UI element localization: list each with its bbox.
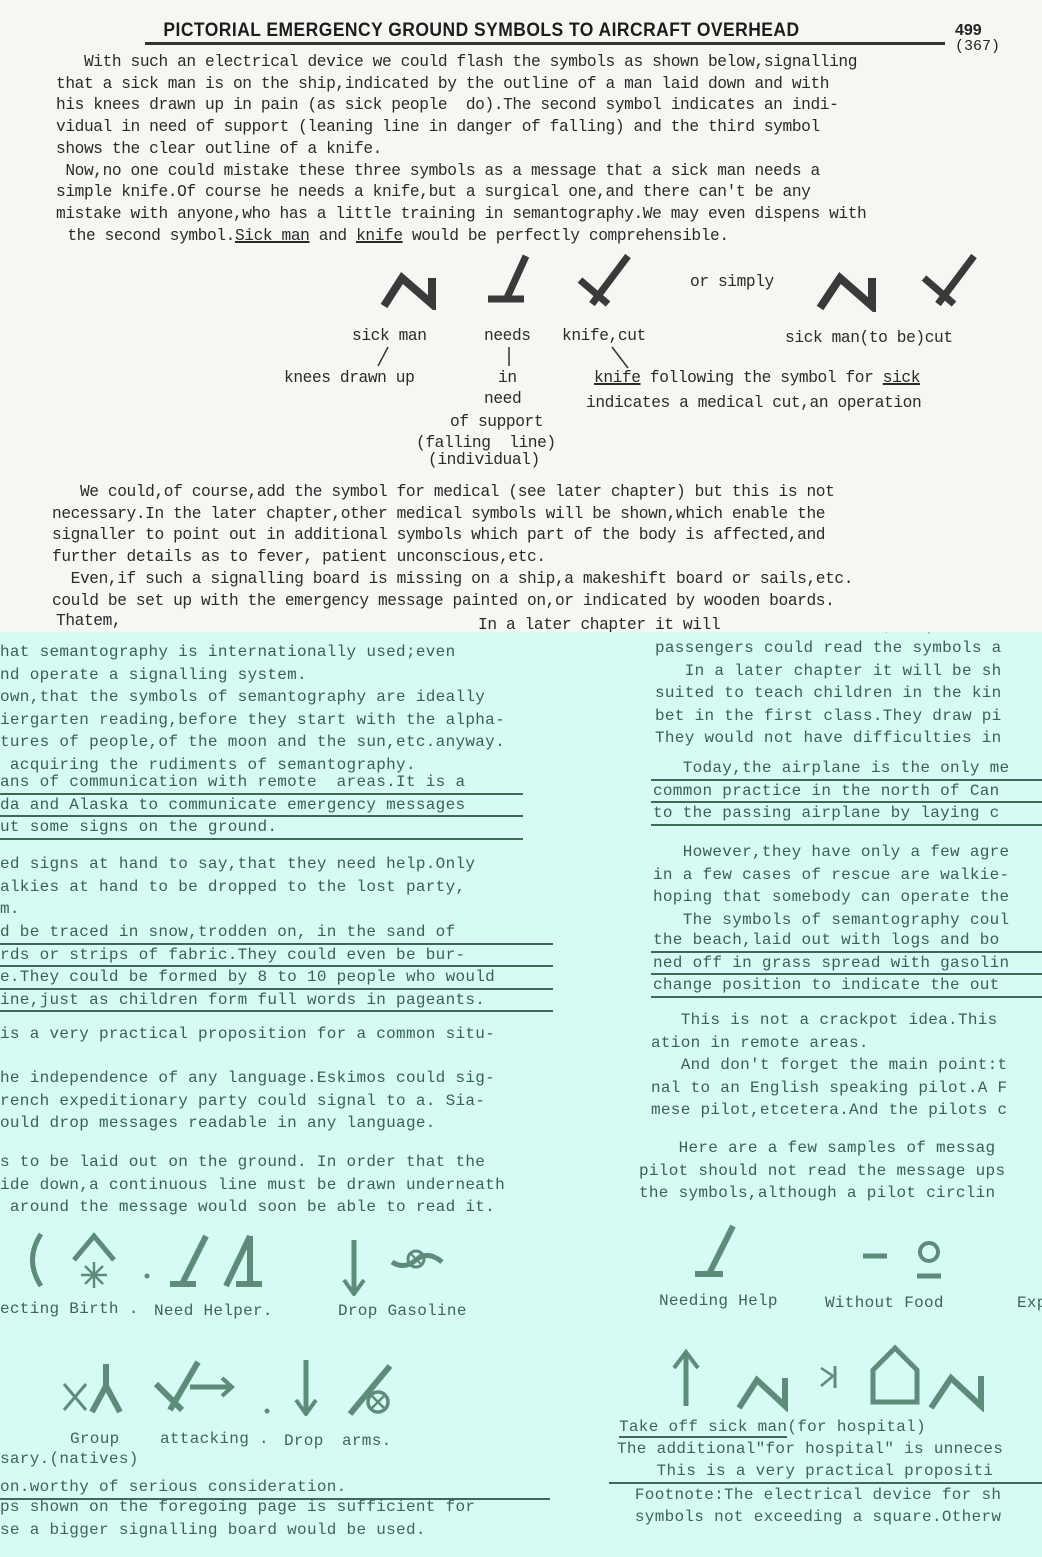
text-line: They would not have difficulties in bbox=[655, 728, 1002, 748]
text-line: da and Alaska to communicate emergency m… bbox=[0, 795, 465, 815]
arms-gun-symbol bbox=[346, 1364, 394, 1418]
text-line: This is not a crackpot idea.This bbox=[651, 1010, 998, 1030]
text-line: own,that the symbols of semantography ar… bbox=[0, 687, 485, 707]
text-line: ation in remote areas. bbox=[651, 1033, 869, 1053]
text-line: he independence of any language.Eskimos … bbox=[0, 1068, 495, 1088]
sick-man-symbol-alt bbox=[816, 270, 876, 312]
underline-rule bbox=[609, 1482, 1042, 1484]
period-mark bbox=[144, 1273, 150, 1279]
text-line: nd operate a signalling system. bbox=[0, 665, 307, 685]
text-line: vidual in need of support (leaning line … bbox=[56, 117, 820, 137]
label-sick-man-cut: sick man(to be)cut bbox=[785, 328, 953, 348]
footnote-line-1: Footnote:The electrical device for sh bbox=[625, 1486, 1001, 1504]
text-line: ned off in grass spread with gasolin bbox=[653, 953, 1009, 973]
parenthesis-symbol bbox=[26, 1232, 46, 1288]
text-line: Today,the airplane is the only me bbox=[653, 758, 1009, 778]
needs-support-symbol bbox=[168, 1234, 212, 1288]
period-mark bbox=[264, 1408, 270, 1414]
birth-house-symbol bbox=[70, 1232, 118, 1290]
text-line: pilot should not read the message ups bbox=[639, 1161, 1005, 1181]
text-line: passengers could read the symbols a bbox=[655, 638, 1002, 658]
caption-arms: arms. bbox=[342, 1432, 392, 1450]
text-line: alkies at hand to be dropped to the lost… bbox=[0, 877, 465, 897]
underline-rule bbox=[651, 996, 1042, 998]
needs-support-symbol bbox=[484, 252, 536, 304]
hospital-house-symbol bbox=[869, 1344, 921, 1406]
right-column: are vivid;and provident passengers could… bbox=[605, 632, 1042, 1557]
connector-line bbox=[506, 346, 512, 368]
left-column: hat semantography is internationally use… bbox=[0, 632, 605, 1557]
note-individual: (individual) bbox=[428, 450, 540, 470]
text-line: shows the clear outline of a knife. bbox=[56, 139, 382, 159]
text-line: signaller to point out in additional sym… bbox=[52, 525, 825, 545]
without-food-symbol bbox=[861, 1238, 943, 1282]
text-line: hoping that somebody can operate the bbox=[653, 887, 1009, 907]
text-line: We could,of course,add the symbol for me… bbox=[52, 482, 834, 502]
text-line: ide down,a continuous line must be drawn… bbox=[0, 1175, 505, 1195]
text-line: the symbols,although a pilot circlin bbox=[639, 1183, 995, 1203]
text-line: iergarten reading,before they start with… bbox=[0, 710, 505, 730]
text-line: the beach,laid out with logs and bo bbox=[653, 930, 1000, 950]
caption-attacking: attacking . bbox=[160, 1430, 269, 1448]
label-needs: needs bbox=[484, 326, 531, 346]
text-line: s to be laid out on the ground. In order… bbox=[0, 1152, 485, 1172]
text-line: And don't forget the main point:t bbox=[651, 1055, 1007, 1075]
text-line: change position to indicate the out bbox=[653, 975, 1000, 995]
underline-rule bbox=[0, 838, 523, 840]
connector-line bbox=[610, 346, 632, 370]
underline-rule bbox=[651, 824, 1042, 826]
text-line: ould drop messages readable in any langu… bbox=[0, 1113, 436, 1133]
knife-symbol bbox=[574, 252, 634, 308]
text-line: Even,if such a signalling board is missi… bbox=[52, 569, 853, 589]
text-line: around the message would soon be able to… bbox=[0, 1197, 495, 1217]
drop-arrow-symbol bbox=[342, 1240, 366, 1296]
caption-need-helper: Need Helper. bbox=[154, 1302, 273, 1320]
drop-arrow-symbol bbox=[294, 1360, 318, 1416]
caption-without-food: Without Food bbox=[825, 1294, 944, 1312]
text-line: could be set up with the emergency messa… bbox=[52, 591, 834, 611]
text-line: d be traced in snow,trodden on, in the s… bbox=[0, 922, 455, 942]
paragraph-intro-last-line: the second symbol.Sick man and knife wou… bbox=[58, 226, 729, 246]
caption-group: Group bbox=[70, 1430, 120, 1448]
text-line: common practice in the north of Can bbox=[653, 781, 1000, 801]
text-line: to the passing airplane by laying c bbox=[653, 803, 1000, 823]
text-line: However,they have only a few agre bbox=[653, 842, 1009, 862]
text-line: that a sick man is on the ship,indicated… bbox=[56, 74, 829, 94]
knife-symbol-alt bbox=[918, 252, 978, 308]
helper-symbol bbox=[218, 1234, 264, 1288]
footnote-line-2: symbols not exceeding a square.Otherw bbox=[625, 1508, 1001, 1526]
take-off-arrow-symbol bbox=[671, 1348, 701, 1408]
note-knees: knees drawn up bbox=[284, 368, 414, 388]
page-title: PICTORIAL EMERGENCY GROUND SYMBOLS TO AI… bbox=[145, 20, 800, 42]
text-line: his knees drawn up in pain (as sick peop… bbox=[56, 95, 838, 115]
text-line: bet in the first class.They draw pi bbox=[655, 706, 1002, 726]
sick-man-symbol-2 bbox=[927, 1370, 987, 1412]
text-line: in a few cases of rescue are walkie- bbox=[653, 865, 1009, 885]
text-line: ine,just as children form full words in … bbox=[0, 990, 485, 1010]
text-line: is a very practical proposition for a co… bbox=[0, 1024, 495, 1044]
text-line: hat semantography is internationally use… bbox=[0, 642, 455, 662]
top-page-section: PICTORIAL EMERGENCY GROUND SYMBOLS TO AI… bbox=[0, 0, 1042, 632]
footer-line-1: on.worthy of serious consideration. bbox=[0, 1478, 347, 1496]
footer-line-2: ps shown on the foregoing page is suffic… bbox=[0, 1498, 475, 1516]
underline-rule bbox=[0, 1010, 553, 1012]
additional-line: The additional"for hospital" is unneces bbox=[617, 1440, 1003, 1458]
connector-line bbox=[376, 346, 390, 368]
for-mark-symbol bbox=[817, 1364, 839, 1390]
text-line: ut some signs on the ground. bbox=[0, 817, 277, 837]
text-line: mese pilot,etcetera.And the pilots c bbox=[651, 1100, 1007, 1120]
natives-line: sary.(natives) bbox=[0, 1450, 139, 1468]
sick-man-symbol bbox=[380, 270, 440, 310]
page-header: PICTORIAL EMERGENCY GROUND SYMBOLS TO AI… bbox=[145, 20, 945, 45]
note-of-support: of support bbox=[450, 412, 543, 432]
take-off-line: Take off sick man(for hospital) bbox=[619, 1418, 926, 1436]
note-operation: indicates a medical cut,an operation bbox=[586, 393, 921, 413]
text-line: m. bbox=[0, 899, 20, 919]
caption-drop: Drop bbox=[284, 1432, 324, 1450]
page-number-alt: (367) bbox=[955, 38, 1000, 55]
gasoline-symbol bbox=[390, 1246, 446, 1276]
text-line: ans of communication with remote areas.I… bbox=[0, 772, 465, 792]
caption-expecting-birth: ecting Birth . bbox=[0, 1300, 139, 1318]
note-need: need bbox=[484, 389, 521, 409]
text-line: The symbols of semantography coul bbox=[653, 910, 1009, 930]
caption-exp: Exp bbox=[1017, 1294, 1042, 1312]
text-line: With such an electrical device we could … bbox=[56, 52, 857, 72]
needing-help-symbol bbox=[693, 1224, 739, 1280]
text-line: In a later chapter it will be sh bbox=[655, 661, 1002, 681]
text-line: mistake with anyone,who has a little tra… bbox=[56, 204, 866, 224]
text-line: Here are a few samples of messag bbox=[639, 1138, 995, 1158]
note-knife-sick: knife following the symbol for sick bbox=[594, 368, 920, 388]
text-line: further details as to fever, patient unc… bbox=[52, 547, 546, 567]
text-line: suited to teach children in the kin bbox=[655, 683, 1002, 703]
sick-man-symbol bbox=[735, 1372, 791, 1412]
caption-needing-help: Needing Help bbox=[659, 1292, 778, 1310]
note-in: in bbox=[498, 368, 517, 388]
text-line: tures of people,of the moon and the sun,… bbox=[0, 732, 505, 752]
text-line: ed signs at hand to say,that they need h… bbox=[0, 854, 475, 874]
label-knife-cut: knife,cut bbox=[562, 326, 646, 346]
practical-line: This is a very practical propositi bbox=[617, 1462, 993, 1480]
caption-drop-gasoline: Drop Gasoline bbox=[338, 1302, 467, 1320]
bottom-page-section: hat semantography is internationally use… bbox=[0, 632, 1042, 1557]
text-line: nal to an English speaking pilot.A F bbox=[651, 1078, 1007, 1098]
text-line: rench expeditionary party could signal t… bbox=[0, 1091, 485, 1111]
text-line: rds or strips of fabric.They could even … bbox=[0, 945, 465, 965]
or-simply-label: or simply bbox=[690, 272, 774, 292]
cut-line-left: Thatem, bbox=[56, 611, 121, 631]
group-symbol bbox=[62, 1362, 126, 1414]
label-sick-man: sick man bbox=[352, 326, 427, 346]
attacking-symbol bbox=[152, 1360, 238, 1414]
footer-line-3: se a bigger signalling board would be us… bbox=[0, 1521, 426, 1539]
text-line: necessary.In the later chapter,other med… bbox=[52, 504, 825, 524]
text-line: e.They could be formed by 8 to 10 people… bbox=[0, 967, 495, 987]
text-line: simple knife.Of course he needs a knife,… bbox=[56, 182, 810, 202]
text-line: Now,no one could mistake these three sym… bbox=[56, 161, 820, 181]
